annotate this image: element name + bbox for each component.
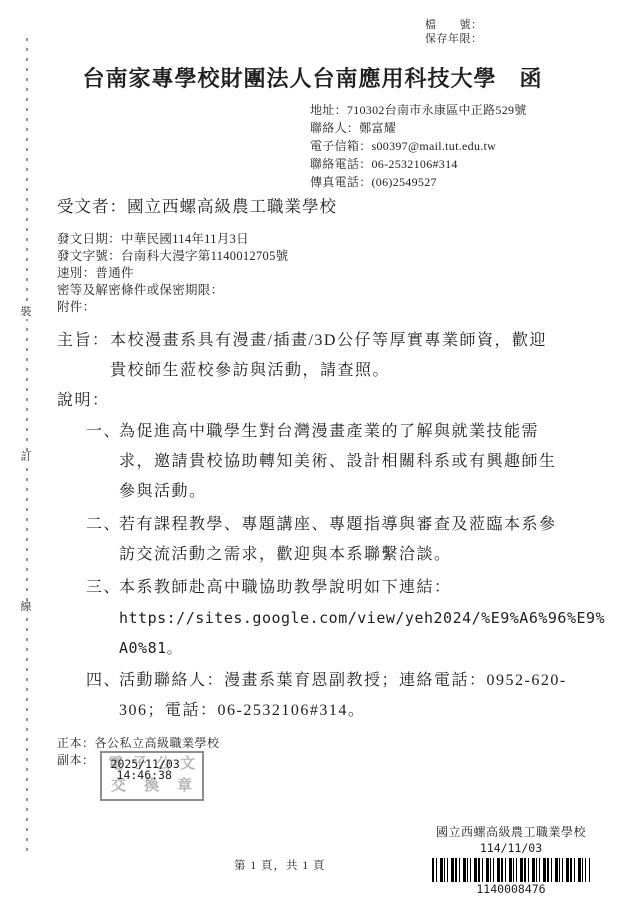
binding-mark-zhuang: 裝: [18, 306, 34, 319]
e-document-exchange-stamp: 電子公文 交換章 2025/11/03 14:46:38: [100, 751, 204, 801]
file-number-label: 檔 號：: [425, 18, 483, 32]
subject-line: 本校漫畫系具有漫畫/插畫/3D公仔等厚實專業師資，歡迎: [110, 326, 547, 356]
recipient-line: 受文者：國立西螺高級農工職業學校: [57, 193, 337, 217]
description-item-4: 四、 活動聯絡人：漫畫系葉育恩副教授；連絡電話：0952-620- 306；電話…: [86, 666, 568, 726]
description-label: 說明：: [57, 386, 110, 416]
item-url-line: A0%81。: [119, 633, 605, 663]
item-text: 本系教師赴高中職協助教學說明如下連結： https://sites.google…: [119, 573, 605, 663]
item-line: 訪交流活動之需求，歡迎與本系聯繫洽談。: [119, 540, 568, 570]
subject-line: 貴校師生蒞校參訪與活動，請查照。: [110, 356, 547, 386]
classification-line: 密等及解密條件或保密期限：: [57, 282, 288, 299]
stamp-time: 14:46:38: [117, 767, 172, 784]
sender-address: 地址：710302台南市永康區中正路529號: [310, 101, 527, 119]
subject-block: 主旨： 本校漫畫系具有漫畫/插畫/3D公仔等厚實專業師資，歡迎 貴校師生蒞校參訪…: [57, 326, 547, 386]
priority-line: 速別：普通件: [57, 265, 288, 282]
sender-email: 電子信箱：s00397@mail.tut.edu.tw: [310, 137, 527, 155]
item-line: 306；電話：06-2532106#314。: [119, 696, 568, 726]
binding-mark-xian: 線: [18, 601, 34, 614]
file-number-block: 檔 號： 保存年限：: [425, 18, 483, 46]
item-line: 為促進高中職學生對台灣漫畫產業的了解與就業技能需: [119, 417, 568, 447]
barcode-number: 1140008476: [430, 882, 592, 896]
copy-label: 副本：: [57, 752, 95, 769]
item-number: 二、: [86, 510, 119, 570]
binding-dashed-line: [26, 38, 28, 856]
item-line: 參與活動。: [119, 477, 568, 507]
item-url-line: https://sites.google.com/view/yeh2024/%E…: [119, 603, 605, 633]
item-number: 三、: [86, 573, 119, 663]
item-line: 本系教師赴高中職協助教學說明如下連結：: [119, 573, 605, 603]
sender-contact-block: 地址：710302台南市永康區中正路529號 聯絡人：鄭富耀 電子信箱：s003…: [310, 101, 527, 191]
item-text: 活動聯絡人：漫畫系葉育恩副教授；連絡電話：0952-620- 306；電話：06…: [119, 666, 568, 726]
copy-recipients-row: 副本： 電子公文 交換章 2025/11/03 14:46:38: [57, 752, 220, 801]
issue-date-line: 發文日期：中華民國114年11月3日: [57, 231, 288, 248]
doc-number-line: 發文字號：台南科大漫字第1140012705號: [57, 248, 288, 265]
item-number: 一、: [86, 417, 119, 507]
footer-school-name: 國立西螺高級農工職業學校: [430, 823, 592, 840]
subject-label: 主旨：: [57, 326, 110, 386]
retention-period-label: 保存年限：: [425, 32, 483, 46]
document-title: 台南家專學校財團法人台南應用科技大學 函: [0, 62, 625, 93]
sender-fax: 傳真電話：(06)2549527: [310, 173, 527, 191]
doc-info-block: 發文日期：中華民國114年11月3日 發文字號：台南科大漫字第114001270…: [57, 231, 288, 316]
original-recipients-line: 正本：各公私立高級職業學校: [57, 735, 220, 752]
item-line: 若有課程教學、專題講座、專題指導與審查及蒞臨本系參: [119, 510, 568, 540]
description-item-3: 三、 本系教師赴高中職協助教學說明如下連結： https://sites.goo…: [86, 573, 568, 663]
description-item-2: 二、 若有課程教學、專題講座、專題指導與審查及蒞臨本系參 訪交流活動之需求，歡迎…: [86, 510, 568, 570]
distribution-block: 正本：各公私立高級職業學校 副本： 電子公文 交換章 2025/11/03 14…: [57, 735, 220, 801]
barcode: [432, 858, 590, 882]
item-text: 為促進高中職學生對台灣漫畫產業的了解與就業技能需 求，邀請貴校協助轉知美術、設計…: [119, 417, 568, 507]
description-items: 一、 為促進高中職學生對台灣漫畫產業的了解與就業技能需 求，邀請貴校協助轉知美術…: [86, 417, 568, 729]
binding-mark-ding: 訂: [18, 451, 34, 464]
item-line: 求，邀請貴校協助轉知美術、設計相關科系或有興趣師生: [119, 447, 568, 477]
footer-receipt-block: 國立西螺高級農工職業學校 114/11/03 1140008476: [430, 823, 592, 896]
sender-phone: 聯絡電話：06-2532106#314: [310, 155, 527, 173]
item-line: 活動聯絡人：漫畫系葉育恩副教授；連絡電話：0952-620-: [119, 666, 568, 696]
item-number: 四、: [86, 666, 119, 726]
attachment-line: 附件：: [57, 299, 288, 316]
sender-contact-person: 聯絡人：鄭富耀: [310, 119, 527, 137]
footer-date: 114/11/03: [430, 841, 592, 855]
item-text: 若有課程教學、專題講座、專題指導與審查及蒞臨本系參 訪交流活動之需求，歡迎與本系…: [119, 510, 568, 570]
description-item-1: 一、 為促進高中職學生對台灣漫畫產業的了解與就業技能需 求，邀請貴校協助轉知美術…: [86, 417, 568, 507]
page-number: 第 1 頁，共 1 頁: [234, 857, 326, 873]
subject-text: 本校漫畫系具有漫畫/插畫/3D公仔等厚實專業師資，歡迎 貴校師生蒞校參訪與活動，…: [110, 326, 547, 386]
